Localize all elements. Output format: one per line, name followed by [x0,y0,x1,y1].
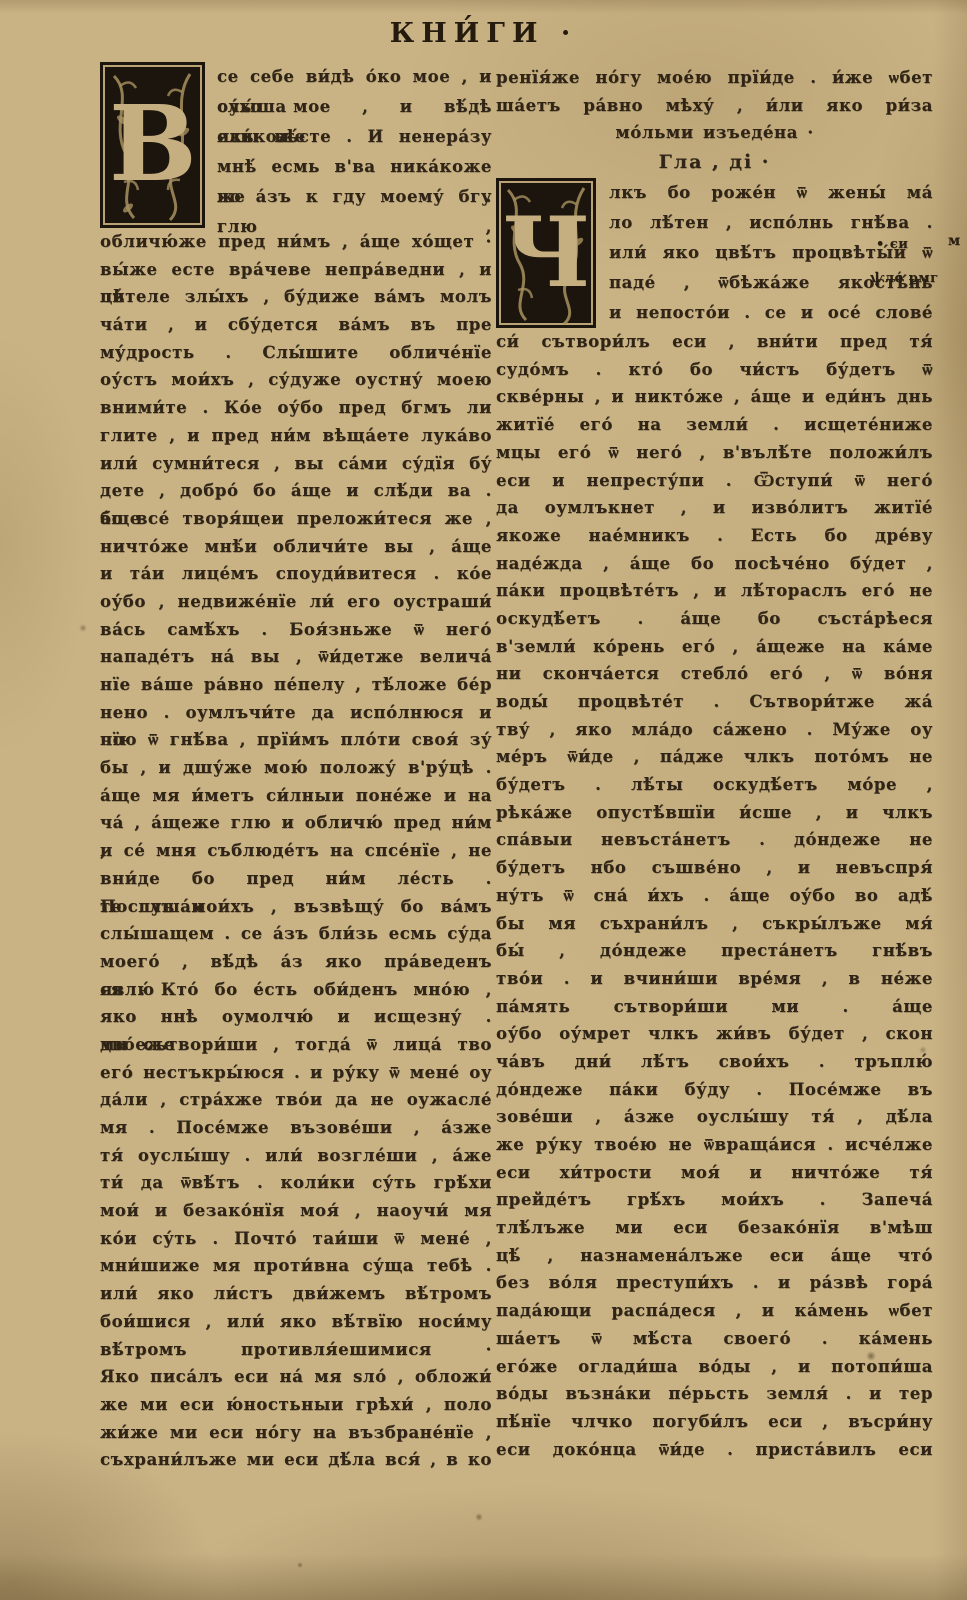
text-line: ша́етъ ра́вно мѣху́ , и́ли яко ри́за [496,92,933,120]
text-line: да оумлъкнет , и изво́литъ житїе́ [496,494,933,522]
text-line: вни́де бо пред ни́м ле́сть . Послуша́и [100,865,492,893]
text-line: мя . Посе́мже възове́ши , а́зже [100,1114,492,1142]
woodcut-initial-left: В [100,62,205,228]
text-line: нено . оумлъчи́те да испо́лнюся и по [100,699,492,727]
text-line: ми сътвори́ши , тогда́ ѿ лица́ тво [100,1031,492,1059]
text-line: оскудѣ́етъ . а́ще бо съста́рѣеся [496,605,933,633]
text-line: ну́тъ ѿ сна́ и́хъ . а́ще оу́бо во адѣ́ [496,882,933,910]
text-line: обличю́же пред ни́мъ , а́ще хо́щет · [100,228,492,256]
text-line: или́ яко ли́стъ дви́жемъ вѣ́тромъ [100,1280,492,1308]
text-line: нападе́тъ на́ вы , ѿи́детже велича́ [100,643,492,671]
text-line: оу́хо мое , и вѣ́дѣ ели́коже [217,92,492,122]
text-line: мцы его́ ѿ него́ , в'вълѣ́те положи́лъ [496,439,933,467]
text-line: Яко писа́лъ еси на́ мя ѕло́ , обложи́ [100,1363,492,1391]
text-line: ме́ръ ѿи́де , па́дже члкъ пото́мъ не [496,743,933,771]
text-line: оу́бо оу́мрет члкъ жи́въ бу́дет , скон [496,1020,933,1048]
right-chapter-opening: Ч лкъ бо роже́н ѿ жены́ ма́ло лѣ́тен , и… [496,178,933,328]
text-line: ча́ , а́щеже глю и обличю́ пред ни́м , [100,809,492,837]
left-body-lines: обличю́же пред ни́мъ , а́ще хо́щет ·вы́ж… [100,228,492,1474]
text-line: вними́те . Ко́е оу́бо пред бгмъ ли [100,394,492,422]
text-line: оу́бо , недвиже́нїе ли́ его оустраши́ [100,588,492,616]
text-line: якоже нае́мникъ . Есть бо дре́ву [496,522,933,550]
text-line: цѣ́ , назнамена́лъже еси а́ще что́ [496,1242,933,1270]
text-line: ко́и су́ть . Почто́ таи́ши ѿ мене́ , [100,1225,492,1253]
text-line: и се́ мня съблюде́тъ на спсе́нїе , не [100,837,492,865]
right-continuation-end-line: мо́льми изъеде́на · [496,119,933,147]
text-line: бы́ , до́ндеже преста́нетъ гнѣ́въ [496,937,933,965]
text-line: па́мять сътвори́ши ми . а́ще [496,993,933,1021]
text-line: глите , и пред ни́м вѣща́ете лука́во . [100,422,492,450]
text-line: еси доко́нца ѿи́де . приста́вилъ еси [496,1436,933,1464]
text-line: оу́стъ мои́хъ , су́дуже оустну́ моею [100,366,492,394]
text-line: моего́ , вѣ́дѣ а́з яко пра́веденъ явлю́ [100,948,492,976]
text-line: ни сконча́ется стебло́ его́ , ѿ во́ня [496,660,933,688]
left-cap-lines: се себе ви́дѣ о́ко мое , и слы́шаоу́хо м… [217,62,492,212]
text-line: мнѣ́ есмь в'ва ника́коже же . [217,152,492,182]
text-line: бу́детъ нбо съшве́но , и невъспря́ [496,854,933,882]
right-continuation-lines: ренїя́же но́гу мое́ю прїи́де . и́же ѡбет… [496,64,933,119]
text-line: му́дрость . Слы́шите обличе́нїе [100,339,492,367]
text-line: па́ки процвѣте́тъ , и лѣ́тораслъ его́ не [496,577,933,605]
margin-note-1: • єи [876,238,908,252]
text-line: житїе́ его́ на земли́ . исщете́ниже [496,411,933,439]
book-page: КНИ́ГИ · В се себе ви́дѣ о́ко мое , и сл… [0,0,967,1600]
text-line: тво́и . и вчини́ши вре́мя , в не́же [496,965,933,993]
text-line: бу́детъ . лѣ́ты оскудѣ́етъ мо́ре , [496,771,933,799]
text-line: слы́шащем . се а́зъ бли́зь есмь су́да [100,920,492,948]
right-cap-lines: лкъ бо роже́н ѿ жены́ ма́ло лѣ́тен , исп… [609,178,933,328]
text-line: яко ннѣ оумолчю́ и исщезну́ . дво́еже [100,1003,492,1031]
text-line: тлѣ́лъже ми еси безако́нїя в'мѣш [496,1214,933,1242]
text-line: пѣ́нїе члчко погуби́лъ еси , въсри́ну [496,1408,933,1436]
text-line: пада́ющи распа́деся , и ка́мень ѡбет [496,1297,933,1325]
text-line: ся . Кто́ бо е́сть оби́денъ мно́ю , [100,976,492,1004]
left-column: В се себе ви́дѣ о́ко мое , и слы́шаоу́хо… [100,62,492,1474]
text-line: зове́ши , а́зже оуслы́шу тя́ , дѣ́ла [496,1103,933,1131]
text-line: мои́ и безако́нїя моя́ , наоучи́ мя [100,1197,492,1225]
left-chapter-opening: В се себе ви́дѣ о́ко мое , и слы́шаоу́хо… [100,62,492,228]
text-line: или́ сумни́теся , вы са́ми су́дїя бу́ [100,450,492,478]
text-line: ло лѣ́тен , испо́лнь гнѣ́ва . [609,208,933,238]
text-line: его́ нестъкры́юся . и ру́ку ѿ мене́ оу [100,1059,492,1087]
text-line: ничто́же мнѣ́и обличи́те вы , а́ще [100,533,492,561]
text-line: ча́ти , и сбу́дется ва́мъ въ пре [100,311,492,339]
text-line: его́же оглади́ша во́ды , и потопи́ша [496,1353,933,1381]
text-line: бы мя съхрани́лъ , съкры́лъже мя́ [496,910,933,938]
text-line: ва́сь самѣ́хъ . Боя́зньже ѿ него́ [100,616,492,644]
text-line: еси и непресту́пи . Ѿступи́ ѿ него́ [496,467,933,495]
text-line: и непосто́и . се и осе́ слове́ [609,298,933,328]
text-line: судо́мъ . кто́ бо чи́стъ бу́детъ ѿ [496,356,933,384]
woodcut-initial-left-art: В [100,62,205,228]
text-line: воды́ процвѣте́т . Сътвори́тже жа́ [496,688,933,716]
text-line: ли́теле злы́хъ , бу́диже ва́мъ молъ [100,283,492,311]
text-line: якы вѣ́сте . И ненера́зу [217,122,492,152]
text-line: а́ще мя и́метъ си́лныи поне́же и на [100,782,492,810]
text-line: жи́же ми еси но́гу на възбране́нїе , [100,1419,492,1447]
running-head: КНИ́ГИ · [0,18,967,49]
text-line: се себе ви́дѣ о́ко мое , и слы́ша [217,62,492,92]
text-line: ша́етъ ѿ мѣ́ста своего́ . ка́мень [496,1325,933,1353]
text-line: еси хи́трости моя́ и ничто́же тя́ [496,1159,933,1187]
margin-note-2: ѱло́ рмг [870,272,939,286]
text-line: рѣка́же опустѣ́вшїи и́сше , и члкъ [496,799,933,827]
text-line: спа́выи невъста́нетъ . до́ндеже не [496,826,933,854]
text-line: без во́ля преступи́хъ . и ра́звѣ гора́ [496,1269,933,1297]
text-line: же ру́ку твое́ю не ѿвраща́ися . исче́лже [496,1131,933,1159]
text-line: си́ сътвори́лъ еси , вни́ти пред тя́ [496,328,933,356]
text-line: наде́жда , а́ще бо посѣче́но бу́дет , [496,550,933,578]
svg-text:Ч: Ч [503,196,591,309]
text-line: бои́шися , или́ яко вѣ́твїю носи́му [100,1308,492,1336]
text-line: тву́ , яко мла́до са́жено . Му́же оу [496,716,933,744]
text-line: до́ндеже па́ки бу́ду . Посе́мже въ [496,1076,933,1104]
text-line: да́ли , стра́хже тво́и да не оужасле́ [100,1086,492,1114]
text-line: бо все́ творя́щеи преложи́теся же , [100,505,492,533]
text-line: скве́рны , и никто́же , а́ще и еди́нъ дн… [496,383,933,411]
text-line: ча́въ дни́ лѣ́тъ свои́хъ . тръплю́ [496,1048,933,1076]
text-line: чїю ѿ гнѣ́ва , прїи́мъ пло́ти своя́ зу́ [100,726,492,754]
text-line: те глъ мои́хъ , възвѣщу́ бо ва́мъ [100,893,492,921]
text-line: в'земли́ ко́рень его́ , а́щеже на ка́ме [496,633,933,661]
woodcut-initial-right: Ч [496,178,596,328]
woodcut-initial-right-art: Ч [496,178,596,328]
chapter-heading: Гла , ді · [496,147,933,178]
text-line: тя́ оуслы́шу . или́ возгле́ши , а́же [100,1142,492,1170]
text-line: вѣ́тромъ противля́ешимися · [100,1336,492,1364]
right-body-lines: си́ сътвори́лъ еси , вни́ти пред тя́судо… [496,328,933,1463]
text-line: ти́ да ѿвѣ́тъ . коли́ки су́ть грѣ́хи [100,1169,492,1197]
text-line: и та́и лице́мъ споуди́витеся . ко́е [100,560,492,588]
text-line: съхрани́лъже ми еси дѣ́ла вся́ , в ко [100,1446,492,1474]
svg-text:В: В [109,82,197,205]
text-line: вы́же есте вра́чеве непра́ведни , и цѣ [100,256,492,284]
text-line: же ми еси ю́ностьныи грѣхи́ , поло [100,1391,492,1419]
text-line: бы , и дшу́же мою́ положу́ в'ру́цѣ . [100,754,492,782]
text-line: но а́зъ к гду моему́ бгу глю , [217,182,492,212]
text-line: прейде́тъ грѣ́хъ мои́хъ . Запеча́ [496,1186,933,1214]
text-line: нїе ва́ше ра́вно пе́пелу , тѣ́ложе бе́р [100,671,492,699]
text-line: дете , добро́ бо а́ще и слѣ́ди ва . а́ще [100,477,492,505]
text-line: мни́шиже мя проти́вна су́ща тебѣ . [100,1252,492,1280]
right-column: ренїя́же но́гу мое́ю прїи́де . и́же ѡбет… [496,64,933,1463]
text-line: ренїя́же но́гу мое́ю прїи́де . и́же ѡбет [496,64,933,92]
text-line: лкъ бо роже́н ѿ жены́ ма́ [609,178,933,208]
margin-edge-mark: м [948,234,961,248]
text-line: во́ды възна́ки пе́рьсть земля́ . и тер [496,1380,933,1408]
